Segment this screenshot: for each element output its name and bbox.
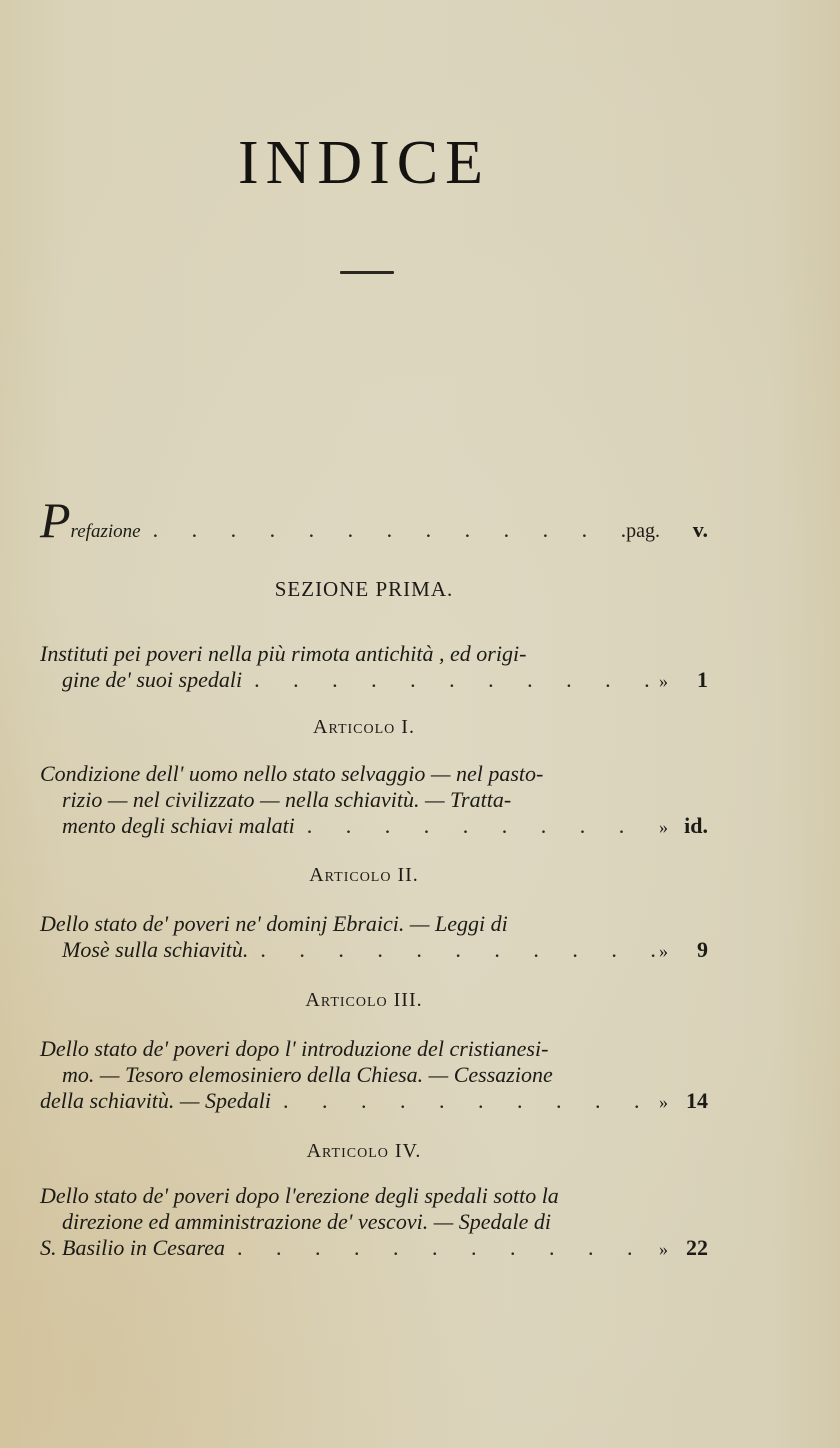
entry-line: Dello stato de' poveri dopo l' introduzi… <box>40 1036 708 1062</box>
page-number: 22 <box>682 1235 708 1261</box>
article-heading: Articolo IV. <box>0 1140 728 1163</box>
dot-leader <box>225 1235 655 1261</box>
entry-title: refazione <box>71 519 141 545</box>
page-number: v. <box>682 517 708 543</box>
entry-line: S. Basilio in Cesarea <box>40 1235 225 1261</box>
drop-initial: P <box>40 500 71 540</box>
page-number: 9 <box>682 937 708 963</box>
ditto-mark: » <box>659 938 668 964</box>
toc-entry[interactable]: Dello stato de' poveri dopo l' introduzi… <box>40 1036 708 1115</box>
page-title: INDICE <box>0 128 728 199</box>
entry-line: Dello stato de' poveri ne' dominj Ebraic… <box>40 911 708 937</box>
entry-line: Condizione dell' uomo nello stato selvag… <box>40 761 708 787</box>
entry-line: gine de' suoi spedali <box>62 667 242 693</box>
entry-line: direzione ed amministrazione de' vescovi… <box>40 1209 708 1235</box>
dot-leader <box>141 517 627 543</box>
entry-line: mento degli schiavi malati <box>62 813 295 839</box>
entry-line: Dello stato de' poveri dopo l'erezione d… <box>40 1183 708 1209</box>
toc-entry[interactable]: Condizione dell' uomo nello stato selvag… <box>40 761 708 840</box>
dot-leader <box>248 937 655 963</box>
article-heading: Articolo I. <box>0 716 728 739</box>
book-page: INDICE P refazione pag. v. SEZIONE PRIMA… <box>0 0 840 1448</box>
entry-line: Mosè sulla schiavitù. <box>62 937 248 963</box>
entry-line: mo. — Tesoro elemosiniero della Chiesa. … <box>40 1062 708 1088</box>
entry-line: Instituti pei poveri nella più rimota an… <box>40 641 708 667</box>
dot-leader <box>271 1088 655 1114</box>
entry-line: rizio — nel civilizzato — nella schiavit… <box>40 787 708 813</box>
dot-leader <box>295 813 655 839</box>
toc-entry[interactable]: Instituti pei poveri nella più rimota an… <box>40 641 708 694</box>
toc-entry[interactable]: Dello stato de' poveri dopo l'erezione d… <box>40 1183 708 1262</box>
ditto-mark: » <box>659 1089 668 1115</box>
page-number: 1 <box>682 667 708 693</box>
page-label: pag. <box>626 518 660 544</box>
toc-entry-prefazione[interactable]: P refazione pag. v. <box>40 500 708 545</box>
section-heading: SEZIONE PRIMA. <box>0 577 728 602</box>
entry-line: della schiavitù. — Spedali <box>40 1088 271 1114</box>
dot-leader <box>242 667 655 693</box>
ditto-mark: » <box>659 1236 668 1262</box>
article-heading: Articolo II. <box>0 864 728 887</box>
ditto-mark: » <box>659 814 668 840</box>
ditto-mark: » <box>659 668 668 694</box>
article-heading: Articolo III. <box>0 989 728 1012</box>
page-number: 14 <box>682 1088 708 1114</box>
title-rule <box>340 271 394 274</box>
page-number: id. <box>682 813 708 839</box>
toc-entry[interactable]: Dello stato de' poveri ne' dominj Ebraic… <box>40 911 708 964</box>
